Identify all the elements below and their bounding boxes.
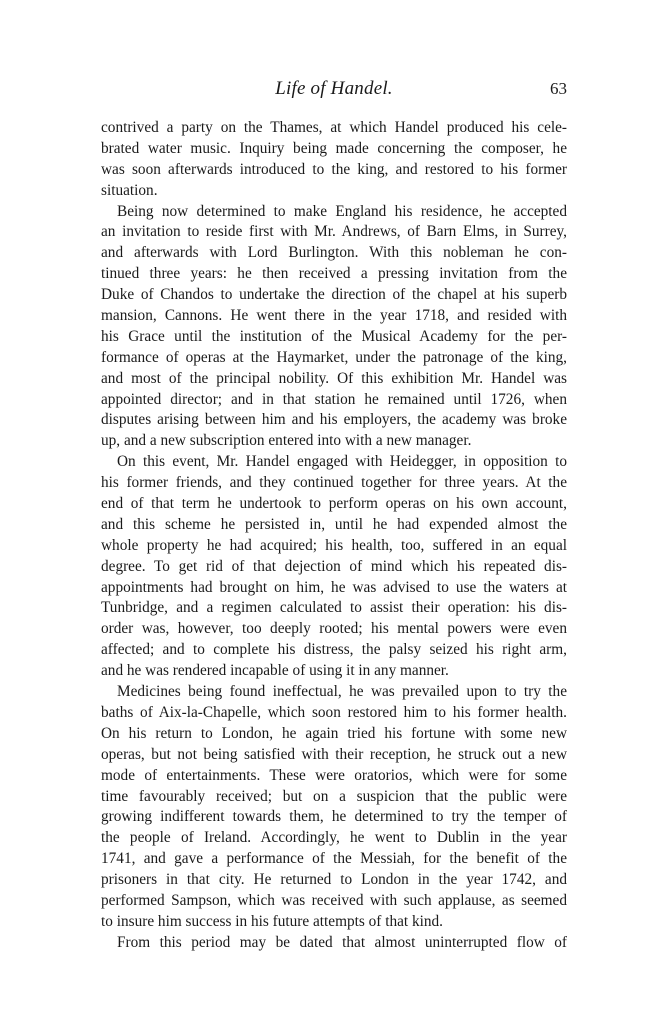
text-line: was soon afterwards introduced to the ki… (101, 160, 567, 181)
text-line: and this scheme he persisted in, until h… (101, 515, 567, 536)
text-line: whole property he had acquired; his heal… (101, 536, 567, 557)
text-line: appointments had brought on him, he was … (101, 578, 567, 599)
text-line: mansion, Cannons. He went there in the y… (101, 306, 567, 327)
text-line: Tunbridge, and a regimen calculated to a… (101, 598, 567, 619)
text-line: his former friends, and they continued t… (101, 473, 567, 494)
text-line: mode of entertainments. These were orato… (101, 766, 567, 787)
text-line: order was, however, too deeply rooted; h… (101, 619, 567, 640)
text-line: On his return to London, he again tried … (101, 724, 567, 745)
text-line: 1741, and gave a performance of the Mess… (101, 849, 567, 870)
body-text: contrived a party on the Thames, at whic… (101, 118, 567, 954)
text-line: performed Sampson, which was received wi… (101, 891, 567, 912)
text-line: to insure him success in his future atte… (101, 912, 567, 933)
text-line: Medicines being found ineffectual, he wa… (101, 682, 567, 703)
text-line: and he was rendered incapable of using i… (101, 661, 567, 682)
text-line: Being now determined to make England his… (101, 202, 567, 223)
text-line: affected; and to complete his distress, … (101, 640, 567, 661)
text-line: prisoners in that city. He returned to L… (101, 870, 567, 891)
text-line: time favourably received; but on a suspi… (101, 787, 567, 808)
text-line: appointed director; and in that station … (101, 390, 567, 411)
text-line: and afterwards with Lord Burlington. Wit… (101, 243, 567, 264)
text-line: end of that term he undertook to perform… (101, 494, 567, 515)
text-line: growing indifferent towards them, he det… (101, 807, 567, 828)
text-line: contrived a party on the Thames, at whic… (101, 118, 567, 139)
text-line: tinued three years: he then received a p… (101, 264, 567, 285)
text-line: From this period may be dated that almos… (101, 933, 567, 954)
text-line: formance of operas at the Haymarket, und… (101, 348, 567, 369)
text-line: On this event, Mr. Handel engaged with H… (101, 452, 567, 473)
running-title: Life of Handel. (101, 78, 567, 100)
text-line: the people of Ireland. Accordingly, he w… (101, 828, 567, 849)
text-line: degree. To get rid of that dejection of … (101, 557, 567, 578)
text-line: and most of the principal nobility. Of t… (101, 369, 567, 390)
text-line: situation. (101, 181, 567, 202)
book-page: Life of Handel. 63 contrived a party on … (0, 0, 668, 1009)
text-line: an invitation to reside first with Mr. A… (101, 222, 567, 243)
page-number: 63 (550, 79, 567, 99)
running-head: Life of Handel. 63 (101, 78, 567, 102)
text-line: disputes arising between him and his emp… (101, 410, 567, 431)
text-line: brated water music. Inquiry being made c… (101, 139, 567, 160)
text-line: his Grace until the institution of the M… (101, 327, 567, 348)
text-line: baths of Aix-la-Chapelle, which soon res… (101, 703, 567, 724)
text-line: operas, but not being satisfied with the… (101, 745, 567, 766)
text-line: Duke of Chandos to undertake the directi… (101, 285, 567, 306)
text-line: up, and a new subscription entered into … (101, 431, 567, 452)
